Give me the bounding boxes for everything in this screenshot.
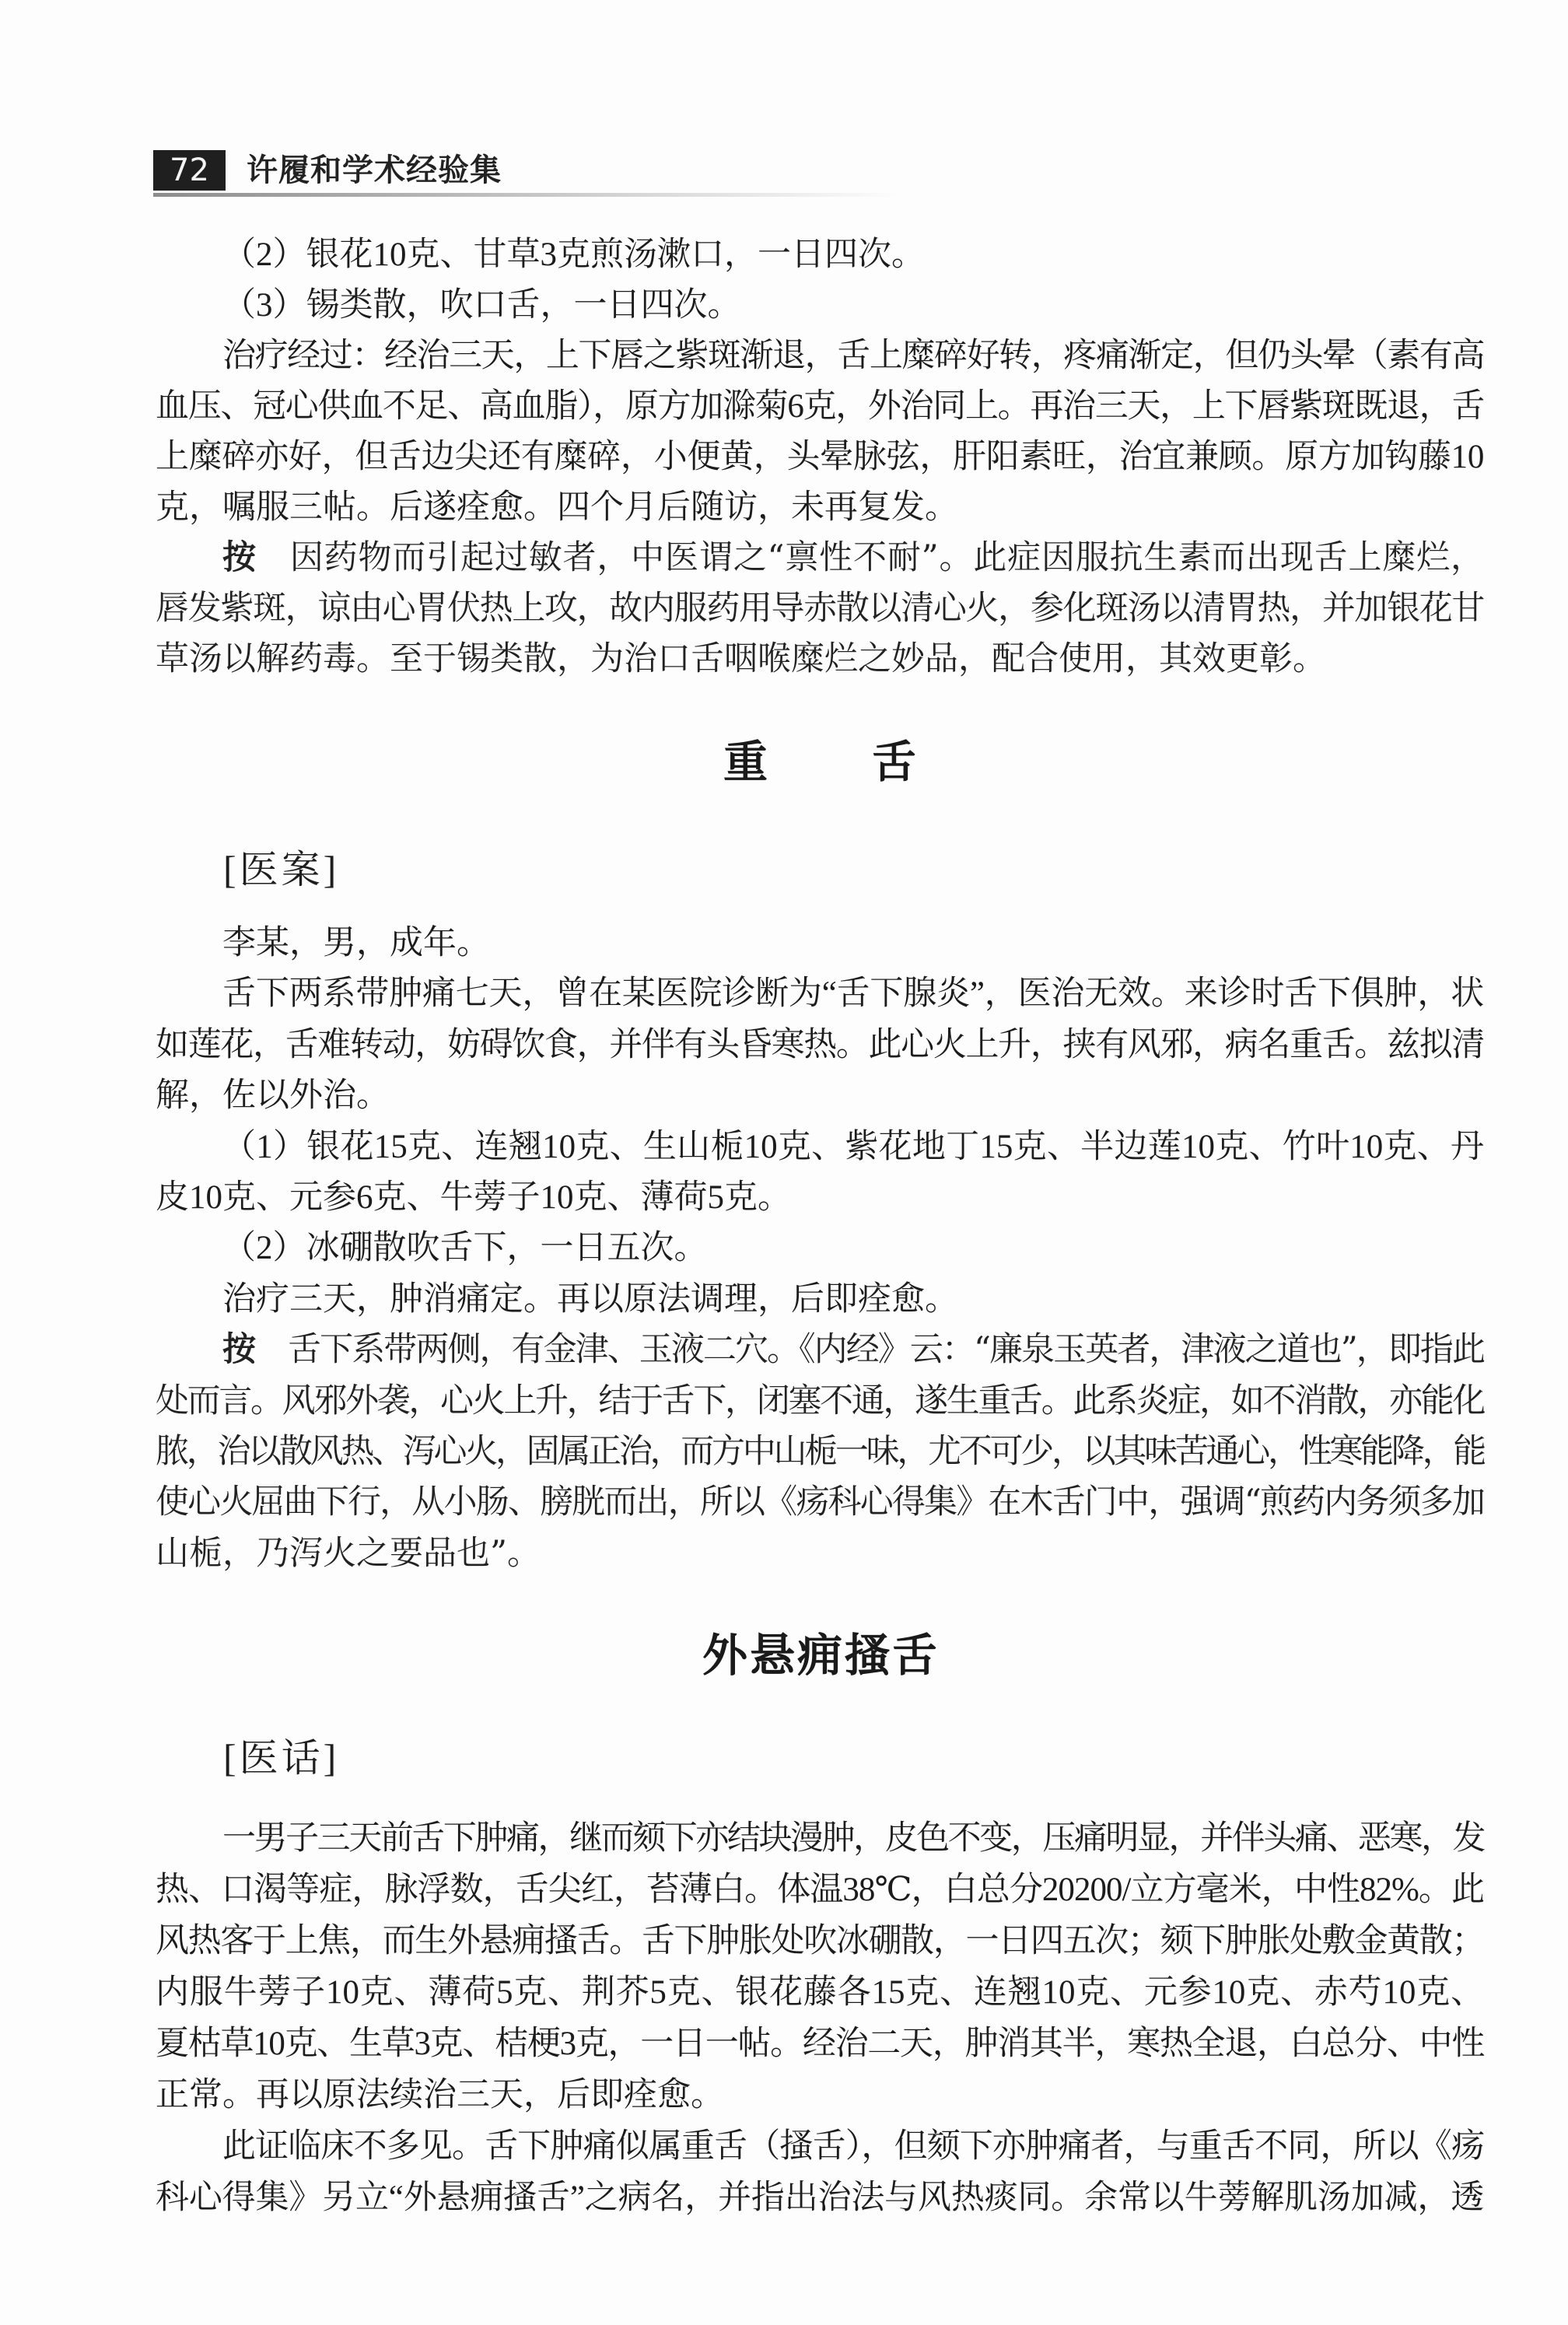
- paragraph: 舌下两系带肿痛七天，曾在某医院诊断为“舌下腺炎”，医治无效。来诊时舌下俱肿，状 …: [156, 968, 1484, 1121]
- paragraph: 此证临床不多见。舌下肿痛似属重舌（搔舌），但颏下亦肿痛者，与重舌不同，所以《疡 …: [156, 2121, 1484, 2224]
- section-heading: 重舌: [156, 731, 1484, 793]
- paragraph: 治疗经过：经治三天，上下唇之紫斑渐退，舌上糜碎好转，疼痛渐定，但仍头晕（素有高 …: [156, 331, 1484, 533]
- prescription-item: （1）银花15克、连翘10克、生山栀10克、紫花地丁15克、半边莲10克、竹叶1…: [156, 1122, 1484, 1224]
- commentary-note: 按因药物而引起过敏者，中医谓之“禀性不耐”。此症因服抗生素而出现舌上糜烂， 唇发…: [156, 533, 1484, 685]
- text-line: 使心火屈曲下行，从小肠、膀胱而出，所以《疡科心得集》在木舌门中，强调“煎药内务须…: [156, 1477, 1484, 1528]
- text-line: 草汤以解药毒。至于锡类散，为治口舌咽喉糜烂之妙品，配合使用，其效更彰。: [156, 634, 1484, 685]
- text-line-content: 舌下系带两侧，有金津、玉液二穴。《内经》云：“廉泉玉英者，津液之道也”，即指此: [288, 1330, 1484, 1369]
- text-line: 上糜碎亦好，但舌边尖还有糜碎，小便黄，头晕脉弦，肝阳素旺，治宜兼顾。原方加钩藤1…: [156, 432, 1484, 482]
- note-label: 按: [222, 538, 257, 577]
- text-line: （2）冰硼散吹舌下，一日五次。: [156, 1223, 1484, 1273]
- text-line: （1）银花15克、连翘10克、生山栀10克、紫花地丁15克、半边莲10克、竹叶1…: [156, 1122, 1484, 1172]
- prescription-item: （3）锡类散，吹口舌，一日四次。: [156, 280, 1484, 331]
- text-line: （2）银花10克、甘草3克煎汤漱口，一日四次。: [156, 229, 1484, 280]
- header-rule: [153, 193, 900, 197]
- paragraph: 李某，男，成年。: [156, 918, 1484, 968]
- section-title: 重舌: [619, 737, 1020, 788]
- case-label: [医话]: [223, 1731, 339, 1785]
- paragraph: 治疗三天，肿消痛定。再以原法调理，后即痊愈。: [156, 1274, 1484, 1325]
- page-number-badge: 72: [153, 150, 226, 191]
- continued-content: （2）银花10克、甘草3克煎汤漱口，一日四次。 （3）锡类散，吹口舌，一日四次。…: [156, 229, 1484, 685]
- text-line: 按因药物而引起过敏者，中医谓之“禀性不耐”。此症因服抗生素而出现舌上糜烂，: [156, 533, 1484, 583]
- section-heading: 外悬痈搔舌: [156, 1624, 1484, 1686]
- commentary-note: 按舌下系带两侧，有金津、玉液二穴。《内经》云：“廉泉玉英者，津液之道也”，即指此…: [156, 1325, 1484, 1579]
- running-header-title: 许履和学术经验集: [247, 150, 502, 191]
- section-title: 外悬痈搔舌: [700, 1629, 940, 1682]
- text-line: 解，佐以外治。: [156, 1070, 1484, 1121]
- text-line: 血压、冠心供血不足、高血脂），原方加滁菊6克，外治同上。再治三天，上下唇紫斑既退…: [156, 381, 1484, 432]
- text-line: 内服牛蒡子10克、薄荷5克、荆芥5克、银花藤各15克、连翘10克、元参10克、赤…: [156, 1967, 1484, 2019]
- text-line: 舌下两系带肿痛七天，曾在某医院诊断为“舌下腺炎”，医治无效。来诊时舌下俱肿，状: [156, 968, 1484, 1019]
- text-line: 李某，男，成年。: [156, 918, 1484, 968]
- text-line: 如莲花，舌难转动，妨碍饮食，并伴有头昏寒热。此心火上升，挟有风邪，病名重舌。兹拟…: [156, 1020, 1484, 1070]
- text-line: 克，嘱服三帖。后遂痊愈。四个月后随访，未再复发。: [156, 482, 1484, 533]
- text-line: 处而言。风邪外袭，心火上升，结于舌下，闭塞不通，遂生重舌。此系炎症，如不消散，亦…: [156, 1376, 1484, 1427]
- text-line: 科心得集》另立“外悬痈搔舌”之病名，并指出治法与风热痰同。余常以牛蒡解肌汤加减，…: [156, 2173, 1484, 2224]
- text-line: 唇发紫斑，谅由心胃伏热上攻，故内服药用导赤散以清心火，参化斑汤以清胃热，并加银花…: [156, 583, 1484, 634]
- text-line: （3）锡类散，吹口舌，一日四次。: [156, 280, 1484, 331]
- text-line: 治疗三天，肿消痛定。再以原法调理，后即痊愈。: [156, 1274, 1484, 1325]
- text-line: 按舌下系带两侧，有金津、玉液二穴。《内经》云：“廉泉玉英者，津液之道也”，即指此: [156, 1325, 1484, 1375]
- text-line: 热、口渴等症，脉浮数，舌尖红，苔薄白。体温38℃，白总分20200/立方毫米，中…: [156, 1865, 1484, 1916]
- prescription-item: （2）银花10克、甘草3克煎汤漱口，一日四次。: [156, 229, 1484, 280]
- section-body: 一男子三天前舌下肿痛，继而颏下亦结块漫肿，皮色不变，压痛明显，并伴头痛、恶寒，发…: [156, 1813, 1484, 2224]
- prescription-item: （2）冰硼散吹舌下，一日五次。: [156, 1223, 1484, 1273]
- case-label: [医案]: [223, 842, 339, 897]
- text-line: 治疗经过：经治三天，上下唇之紫斑渐退，舌上糜碎好转，疼痛渐定，但仍头晕（素有高: [156, 331, 1484, 381]
- text-line: 皮10克、元参6克、牛蒡子10克、薄荷5克。: [156, 1172, 1484, 1223]
- text-line: 此证临床不多见。舌下肿痛似属重舌（搔舌），但颏下亦肿痛者，与重舌不同，所以《疡: [156, 2121, 1484, 2173]
- text-line: 正常。再以原法续治三天，后即痊愈。: [156, 2070, 1484, 2121]
- paragraph: 一男子三天前舌下肿痛，继而颏下亦结块漫肿，皮色不变，压痛明显，并伴头痛、恶寒，发…: [156, 1813, 1484, 2121]
- note-label: 按: [222, 1330, 254, 1369]
- section-body: 李某，男，成年。 舌下两系带肿痛七天，曾在某医院诊断为“舌下腺炎”，医治无效。来…: [156, 918, 1484, 1579]
- text-line: 脓，治以散风热、泻心火，固属正治，而方中山栀一味，尤不可少，以其味苦通心，性寒能…: [156, 1427, 1484, 1477]
- text-line: 山栀，乃泻火之要品也”。: [156, 1528, 1484, 1579]
- text-line: 一男子三天前舌下肿痛，继而颏下亦结块漫肿，皮色不变，压痛明显，并伴头痛、恶寒，发: [156, 1813, 1484, 1865]
- text-line: 风热客于上焦，而生外悬痈搔舌。舌下肿胀处吹冰硼散，一日四五次；颏下肿胀处敷金黄散…: [156, 1916, 1484, 1967]
- text-line-content: 因药物而引起过敏者，中医谓之“禀性不耐”。此症因服抗生素而出现舌上糜烂，: [290, 538, 1484, 577]
- text-line: 夏枯草10克、生草3克、桔梗3克，一日一帖。经治二天，肿消其半，寒热全退，白总分…: [156, 2019, 1484, 2070]
